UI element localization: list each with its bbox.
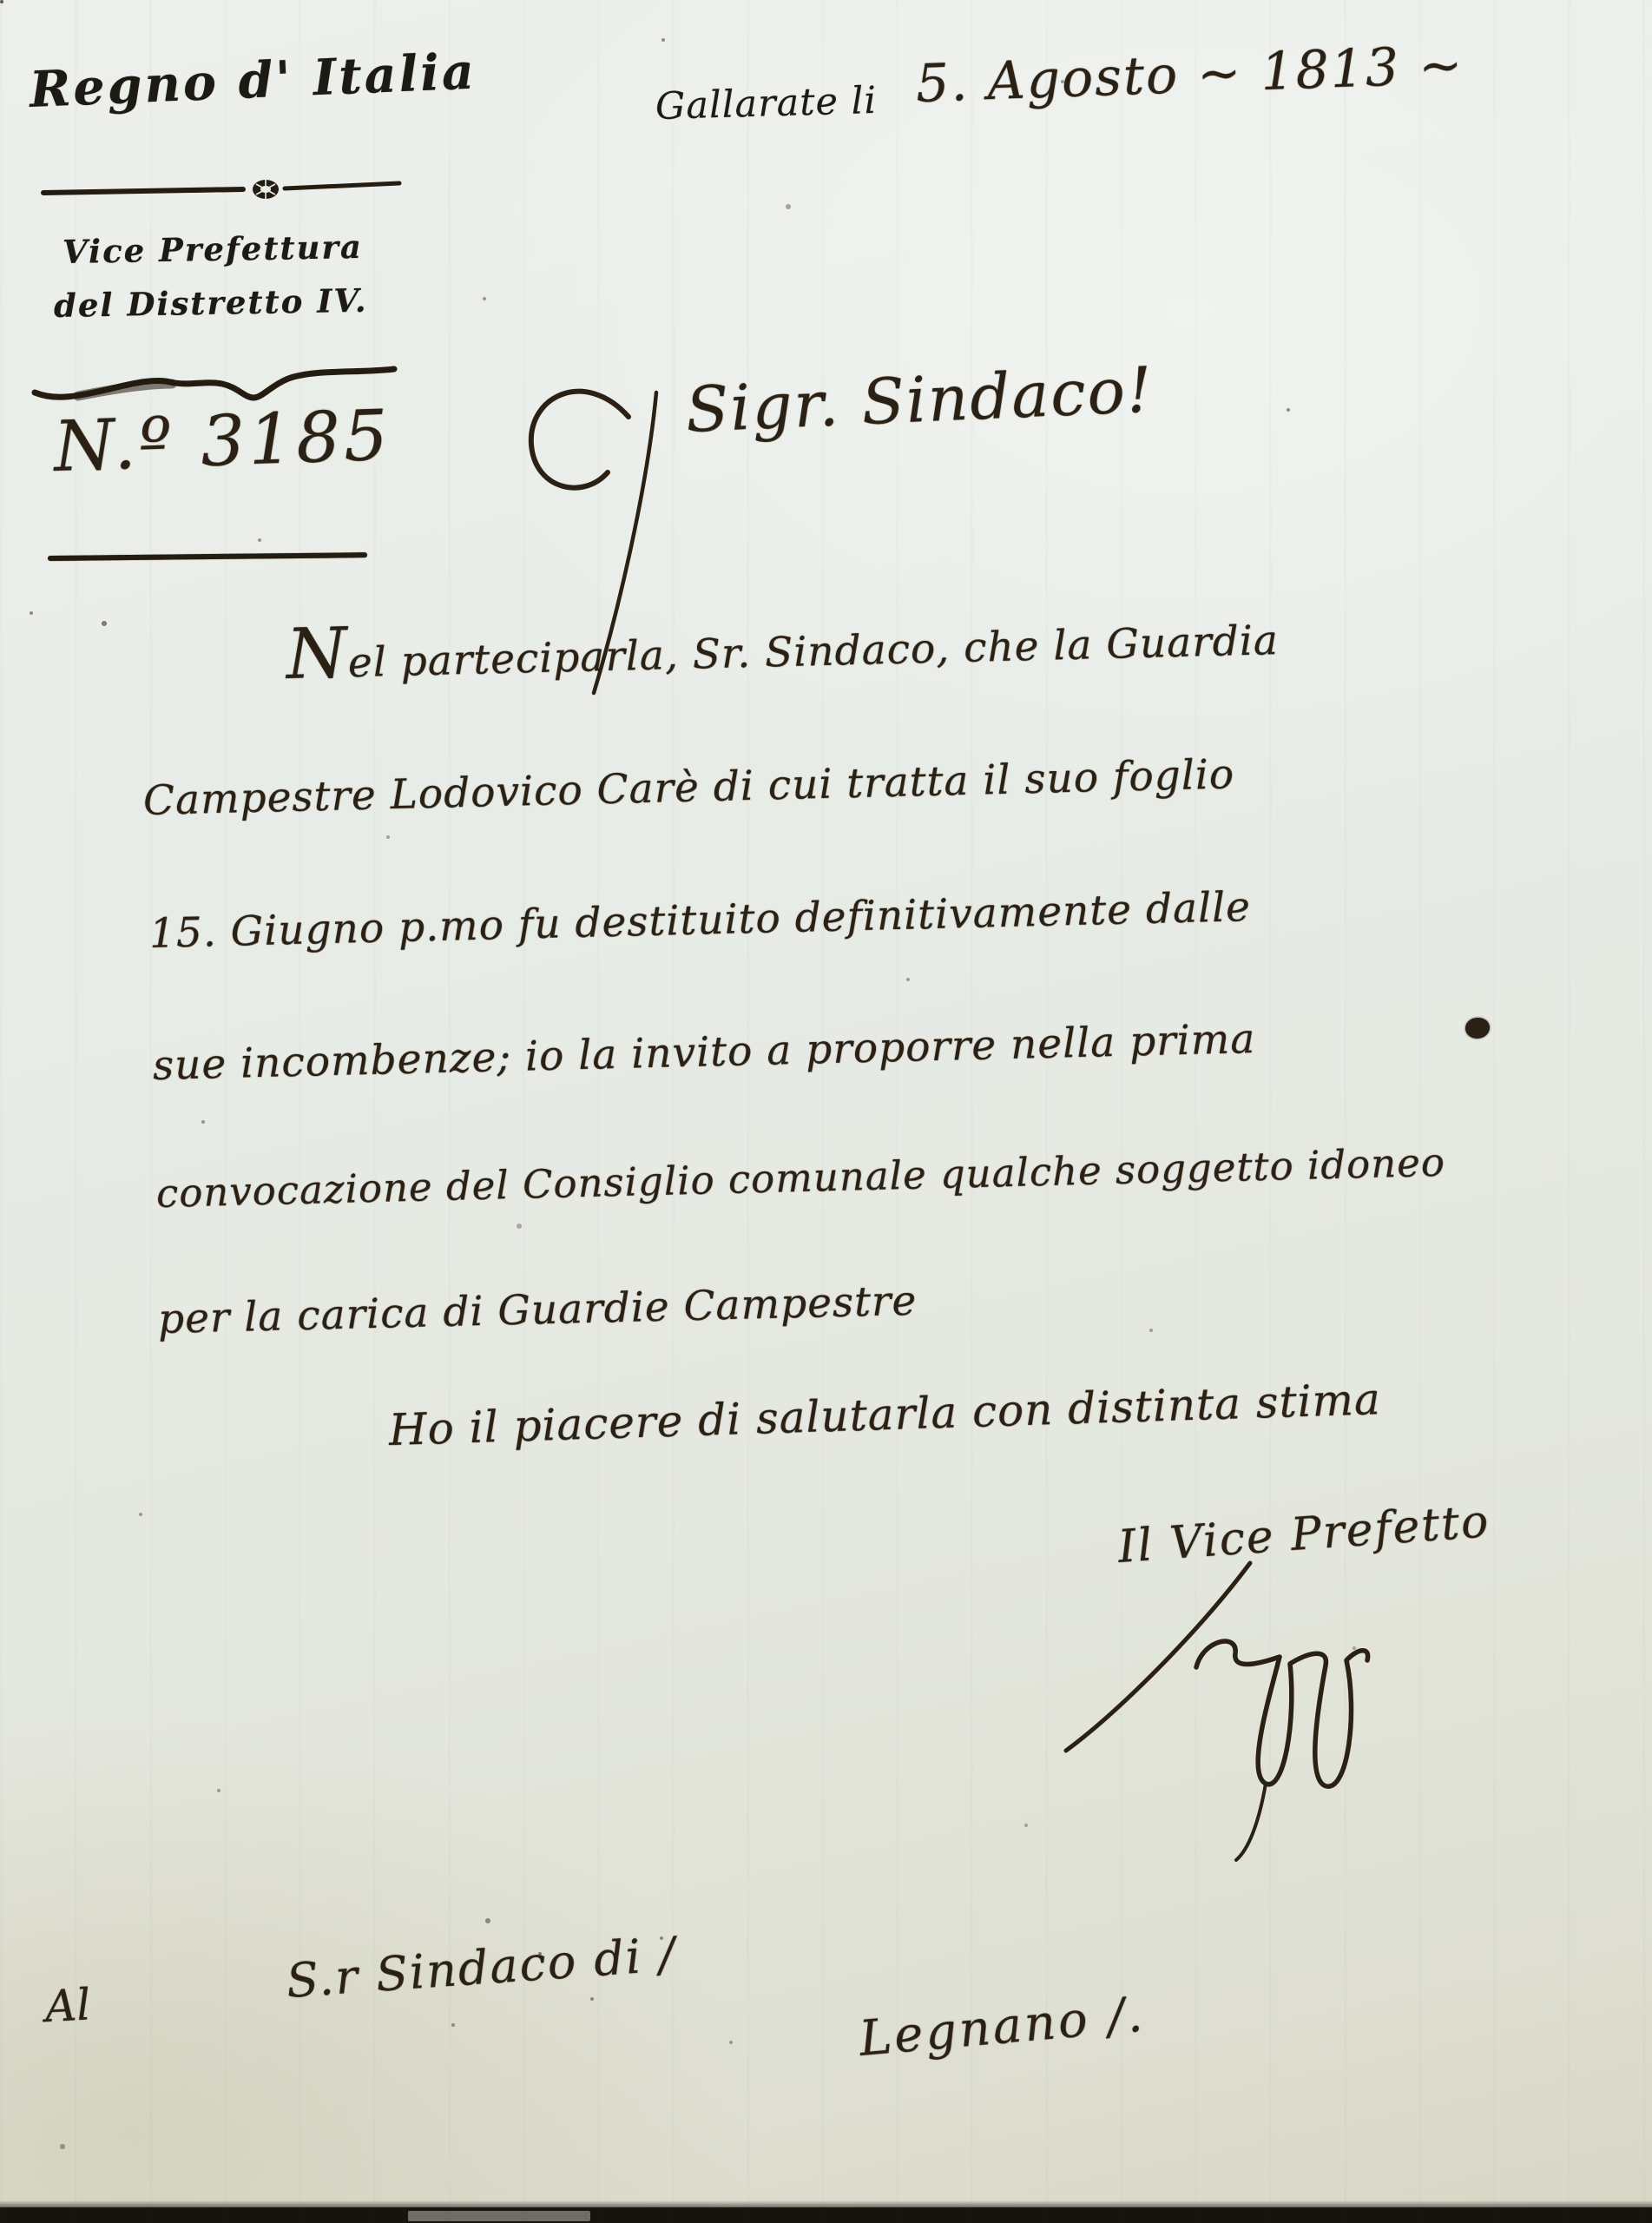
letter-scan: Regno d' Italia Vice Prefettura del Dist… (0, 0, 1652, 2223)
scan-edge-strip (0, 2207, 1652, 2223)
address-recipient: S.r Sindaco di / (285, 1927, 678, 2009)
ink-blot (1465, 1018, 1490, 1039)
number-underline (48, 552, 367, 561)
scan-edge-highlight (408, 2211, 590, 2221)
letterhead-rule-ornament-icon (35, 170, 408, 214)
signature-flourish (1050, 1580, 1467, 1867)
dateline-date: 5. Agosto ~ 1813 ~ (915, 35, 1465, 115)
kingdom-title: Regno d' Italia (29, 42, 477, 119)
office-line-1: Vice Prefettura (63, 228, 364, 271)
body-line: sue incombenze; io la invito a proporre … (152, 1015, 1256, 1090)
address-city: Legnano /. (857, 1986, 1147, 2068)
paper-specks (0, 0, 3, 3)
signer-title: Il Vice Prefetto (1116, 1495, 1491, 1573)
body-line: 15. Giugno p.mo fu destituito definitiva… (148, 883, 1251, 958)
body-line: Campestre Lodovico Carè di cui tratta il… (142, 750, 1234, 825)
office-line-2: del Distretto IV. (54, 281, 368, 325)
scan-edge-shadow (0, 2200, 1652, 2207)
protocol-number: N.º 3185 (52, 394, 392, 487)
dateline-place: Gallarate li (655, 79, 878, 129)
salutation: Sigr. Sindaco! (684, 353, 1155, 446)
address-to: Al (43, 1979, 91, 2032)
body-line: per la carica di Guardie Campestre (157, 1277, 917, 1343)
body-line: Nel parteciparla, Sr. Sindaco, che la Gu… (286, 617, 1279, 689)
body-line: convocazione del Consiglio comunale qual… (155, 1139, 1445, 1217)
closing-line: Ho il piacere di salutarla con distinta … (388, 1374, 1381, 1455)
